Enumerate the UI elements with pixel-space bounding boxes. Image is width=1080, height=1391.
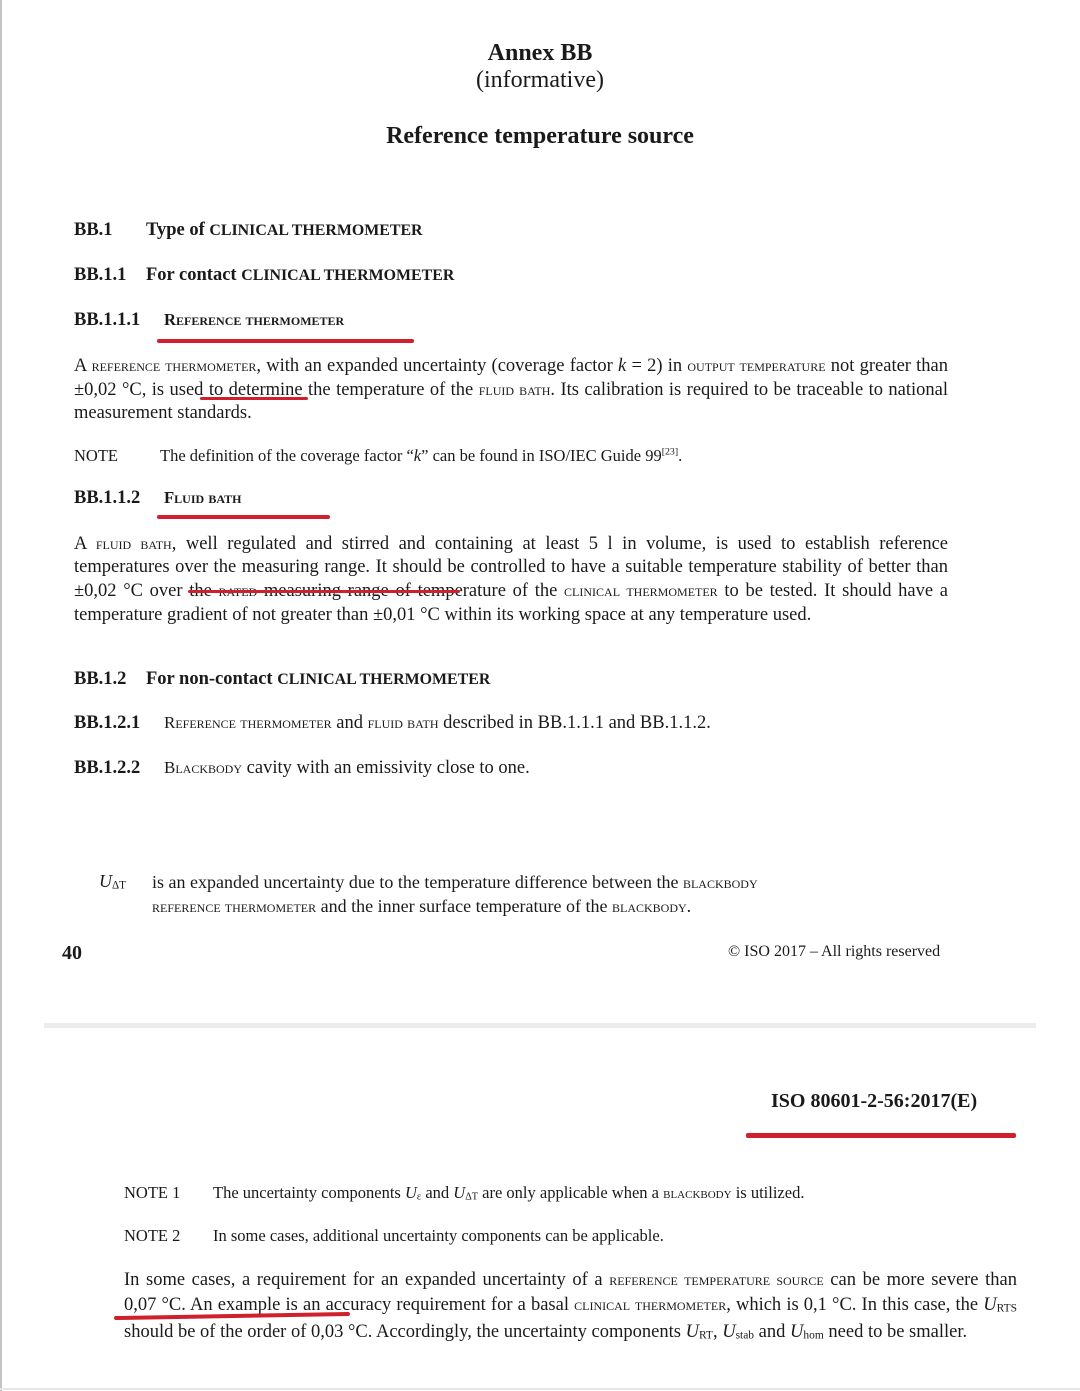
heading-number: BB.1.1.1	[74, 310, 164, 331]
heading-bb1: BB.1Type of CLINICAL THERMOMETER	[74, 220, 423, 241]
paragraph-fluid-bath: A fluid bath, well regulated and stirred…	[74, 532, 948, 627]
heading-bb1-1: BB.1.1For contact CLINICAL THERMOMETER	[74, 265, 454, 286]
citation-ref: [23]	[662, 447, 678, 458]
note-1: NOTE 1The uncertainty components Uε and …	[124, 1183, 804, 1203]
red-underline-annotation	[188, 590, 460, 593]
paragraph-uncertainty: In some cases, a requirement for an expa…	[124, 1268, 1017, 1348]
note: NOTEThe definition of the coverage facto…	[74, 446, 682, 466]
heading-bb1-1-1: BB.1.1.1Reference thermometer	[74, 310, 344, 331]
page-number: 40	[62, 942, 82, 965]
annex-type: (informative)	[0, 67, 1080, 94]
symbol-u-delta-t: UΔT	[99, 871, 126, 892]
heading-number: BB.1.2	[74, 669, 146, 690]
section-title: Reference temperature source	[0, 123, 1080, 150]
highlighted-value: ±0,02 °C,	[74, 380, 146, 400]
note-label: NOTE	[74, 446, 160, 466]
red-underline-annotation	[157, 515, 330, 519]
document-id: ISO 80601-2-56:2017(E)	[771, 1090, 977, 1113]
bottom-edge	[0, 1388, 1080, 1390]
red-underline-annotation	[157, 339, 414, 343]
note-label: NOTE 1	[124, 1183, 213, 1203]
definition-u-delta-t: is an expanded uncertainty due to the te…	[152, 871, 758, 918]
heading-bb1-1-2: BB.1.1.2Fluid bath	[74, 488, 241, 509]
heading-number: BB.1.1	[74, 265, 146, 286]
heading-number: BB.1.2.1	[74, 713, 164, 734]
heading-number: BB.1	[74, 220, 146, 241]
note-label: NOTE 2	[124, 1226, 213, 1246]
page-left-edge	[0, 0, 2, 1391]
item-bb1-2-1: BB.1.2.1Reference thermometer and fluid …	[74, 713, 711, 734]
heading-number: BB.1.2.2	[74, 758, 164, 779]
note-2: NOTE 2In some cases, additional uncertai…	[124, 1226, 664, 1246]
copyright: © ISO 2017 – All rights reserved	[728, 943, 940, 961]
heading-bb1-2: BB.1.2For non-contact CLINICAL THERMOMET…	[74, 669, 490, 690]
red-underline-annotation	[200, 397, 308, 400]
page-divider	[44, 1023, 1036, 1028]
annex-title: Annex BB	[0, 40, 1080, 67]
red-underline-annotation	[746, 1133, 1016, 1138]
item-bb1-2-2: BB.1.2.2Blackbody cavity with an emissiv…	[74, 758, 530, 779]
paragraph-reference-thermometer: A reference thermometer, with an expande…	[74, 354, 948, 426]
heading-number: BB.1.1.2	[74, 488, 164, 509]
